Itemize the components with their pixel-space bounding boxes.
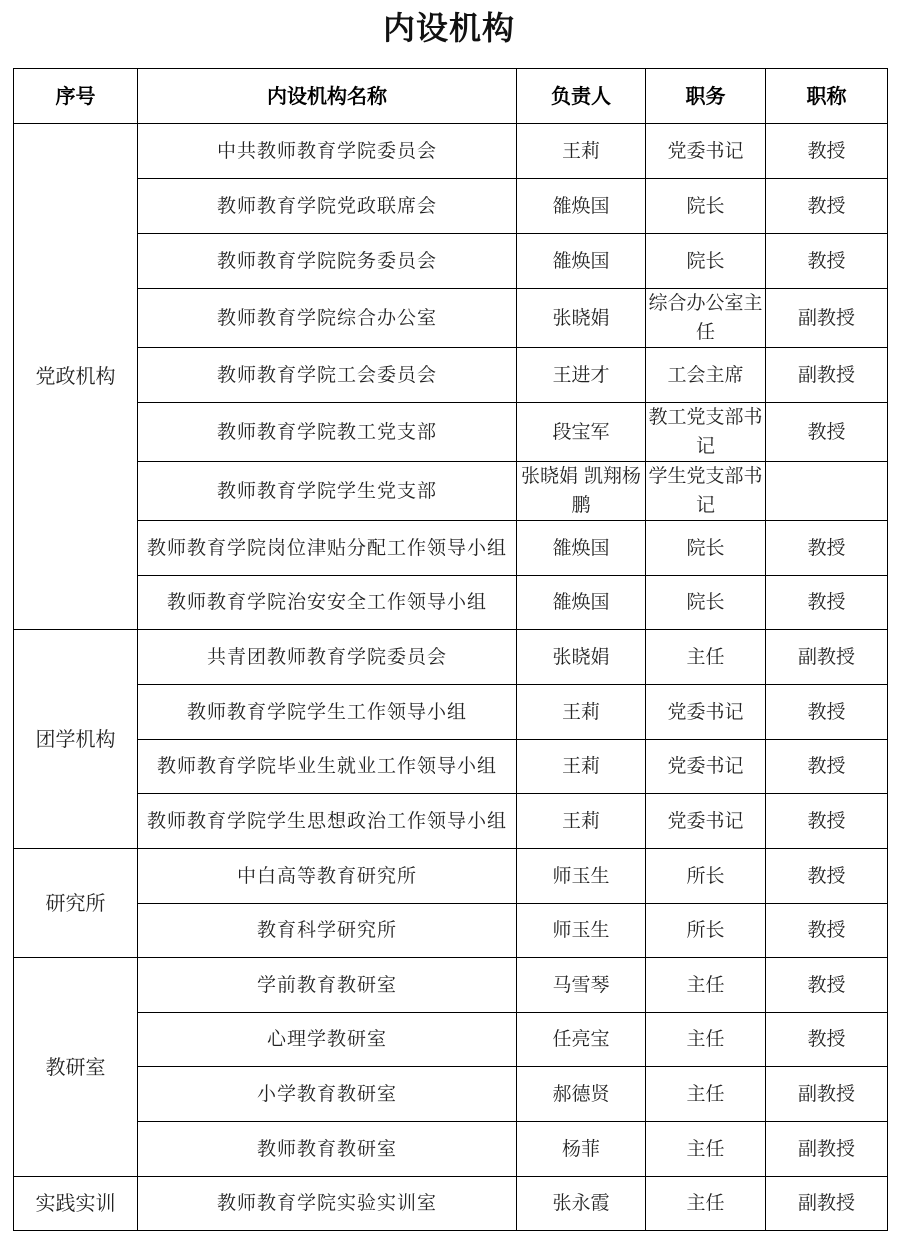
- org-name-cell: 共青团教师教育学院委员会: [138, 630, 517, 685]
- leader-cell: 王莉: [517, 794, 646, 849]
- org-name-cell: 教师教育学院党政联席会: [138, 179, 517, 234]
- table-row: 小学教育教研室郝德贤主任副教授: [14, 1067, 888, 1122]
- header-position: 职务: [646, 69, 766, 124]
- rank-cell: 副教授: [766, 1177, 888, 1231]
- table-row: 教师教育学院岗位津贴分配工作领导小组雒焕国院长教授: [14, 521, 888, 576]
- rank-cell: 教授: [766, 234, 888, 289]
- org-name-cell: 教师教育学院岗位津贴分配工作领导小组: [138, 521, 517, 576]
- org-name-cell: 教师教育学院毕业生就业工作领导小组: [138, 740, 517, 794]
- position-cell: 党委书记: [646, 740, 766, 794]
- org-name-cell: 教师教育学院实验实训室: [138, 1177, 517, 1231]
- table-row: 教师教育学院学生工作领导小组王莉党委书记教授: [14, 685, 888, 740]
- header-row: 序号 内设机构名称 负责人 职务 职称: [14, 69, 888, 124]
- position-cell: 主任: [646, 1177, 766, 1231]
- leader-cell: 郝德贤: [517, 1067, 646, 1122]
- rank-cell: 教授: [766, 794, 888, 849]
- position-cell: 院长: [646, 234, 766, 289]
- rank-cell: 教授: [766, 179, 888, 234]
- rank-cell: 教授: [766, 576, 888, 630]
- table-row: 教师教育学院党政联席会雒焕国院长教授: [14, 179, 888, 234]
- table-row: 教师教育学院学生思想政治工作领导小组王莉党委书记教授: [14, 794, 888, 849]
- page-title: 内设机构: [0, 6, 898, 50]
- position-cell: 党委书记: [646, 685, 766, 740]
- table-row: 教师教育学院毕业生就业工作领导小组王莉党委书记教授: [14, 740, 888, 794]
- position-cell: 主任: [646, 630, 766, 685]
- position-cell: 所长: [646, 849, 766, 904]
- org-name-cell: 教师教育学院学生思想政治工作领导小组: [138, 794, 517, 849]
- rank-cell: 副教授: [766, 630, 888, 685]
- rank-cell: 副教授: [766, 348, 888, 403]
- org-name-cell: 中白高等教育研究所: [138, 849, 517, 904]
- org-name-cell: 教师教育学院治安安全工作领导小组: [138, 576, 517, 630]
- table-row: 教师教育学院学生党支部张晓娟 凯翔杨鹏学生党支部书记: [14, 462, 888, 521]
- rank-cell: 教授: [766, 1013, 888, 1067]
- leader-cell: 师玉生: [517, 904, 646, 958]
- org-name-cell: 教师教育学院学生工作领导小组: [138, 685, 517, 740]
- org-name-cell: 教师教育学院学生党支部: [138, 462, 517, 521]
- table-row: 教师教育学院综合办公室张晓娟综合办公室主任副教授: [14, 289, 888, 348]
- table-row: 教师教育学院教工党支部段宝军教工党支部书记教授: [14, 403, 888, 462]
- group-label: 教研室: [14, 958, 138, 1177]
- position-cell: 主任: [646, 1013, 766, 1067]
- position-cell: 所长: [646, 904, 766, 958]
- rank-cell: 副教授: [766, 1067, 888, 1122]
- header-name: 内设机构名称: [138, 69, 517, 124]
- rank-cell: 教授: [766, 521, 888, 576]
- rank-cell: [766, 462, 888, 521]
- position-cell: 工会主席: [646, 348, 766, 403]
- org-name-cell: 教育科学研究所: [138, 904, 517, 958]
- position-cell: 主任: [646, 958, 766, 1013]
- leader-cell: 杨菲: [517, 1122, 646, 1177]
- leader-cell: 任亮宝: [517, 1013, 646, 1067]
- leader-cell: 雒焕国: [517, 521, 646, 576]
- org-name-cell: 教师教育教研室: [138, 1122, 517, 1177]
- org-name-cell: 心理学教研室: [138, 1013, 517, 1067]
- table-row: 研究所中白高等教育研究所师玉生所长教授: [14, 849, 888, 904]
- rank-cell: 副教授: [766, 1122, 888, 1177]
- org-name-cell: 教师教育学院综合办公室: [138, 289, 517, 348]
- position-cell: 学生党支部书记: [646, 462, 766, 521]
- leader-cell: 王莉: [517, 740, 646, 794]
- table-row: 团学机构共青团教师教育学院委员会张晓娟主任副教授: [14, 630, 888, 685]
- table-row: 教师教育学院治安安全工作领导小组雒焕国院长教授: [14, 576, 888, 630]
- position-cell: 党委书记: [646, 124, 766, 179]
- header-seq: 序号: [14, 69, 138, 124]
- org-name-cell: 教师教育学院工会委员会: [138, 348, 517, 403]
- rank-cell: 副教授: [766, 289, 888, 348]
- rank-cell: 教授: [766, 904, 888, 958]
- org-table: 序号 内设机构名称 负责人 职务 职称 党政机构中共教师教育学院委员会王莉党委书…: [13, 68, 888, 1231]
- table-row: 心理学教研室任亮宝主任教授: [14, 1013, 888, 1067]
- header-leader: 负责人: [517, 69, 646, 124]
- leader-cell: 师玉生: [517, 849, 646, 904]
- rank-cell: 教授: [766, 958, 888, 1013]
- position-cell: 主任: [646, 1122, 766, 1177]
- position-cell: 院长: [646, 576, 766, 630]
- leader-cell: 张永霞: [517, 1177, 646, 1231]
- rank-cell: 教授: [766, 685, 888, 740]
- rank-cell: 教授: [766, 849, 888, 904]
- table-row: 教师教育教研室杨菲主任副教授: [14, 1122, 888, 1177]
- group-label: 党政机构: [14, 124, 138, 630]
- position-cell: 综合办公室主任: [646, 289, 766, 348]
- position-cell: 院长: [646, 179, 766, 234]
- org-name-cell: 教师教育学院教工党支部: [138, 403, 517, 462]
- leader-cell: 王莉: [517, 124, 646, 179]
- position-cell: 院长: [646, 521, 766, 576]
- leader-cell: 张晓娟: [517, 289, 646, 348]
- table-row: 教研室学前教育教研室马雪琴主任教授: [14, 958, 888, 1013]
- group-label: 研究所: [14, 849, 138, 958]
- table-body: 党政机构中共教师教育学院委员会王莉党委书记教授教师教育学院党政联席会雒焕国院长教…: [14, 124, 888, 1231]
- rank-cell: 教授: [766, 740, 888, 794]
- leader-cell: 雒焕国: [517, 576, 646, 630]
- leader-cell: 雒焕国: [517, 234, 646, 289]
- table-row: 实践实训教师教育学院实验实训室张永霞主任副教授: [14, 1177, 888, 1231]
- table-row: 教师教育学院院务委员会雒焕国院长教授: [14, 234, 888, 289]
- leader-cell: 段宝军: [517, 403, 646, 462]
- position-cell: 主任: [646, 1067, 766, 1122]
- leader-cell: 雒焕国: [517, 179, 646, 234]
- rank-cell: 教授: [766, 124, 888, 179]
- org-name-cell: 教师教育学院院务委员会: [138, 234, 517, 289]
- leader-cell: 张晓娟 凯翔杨鹏: [517, 462, 646, 521]
- leader-cell: 王进才: [517, 348, 646, 403]
- org-name-cell: 学前教育教研室: [138, 958, 517, 1013]
- table-row: 党政机构中共教师教育学院委员会王莉党委书记教授: [14, 124, 888, 179]
- org-name-cell: 小学教育教研室: [138, 1067, 517, 1122]
- leader-cell: 张晓娟: [517, 630, 646, 685]
- position-cell: 教工党支部书记: [646, 403, 766, 462]
- group-label: 团学机构: [14, 630, 138, 849]
- group-label: 实践实训: [14, 1177, 138, 1231]
- leader-cell: 王莉: [517, 685, 646, 740]
- table-row: 教师教育学院工会委员会王进才工会主席副教授: [14, 348, 888, 403]
- position-cell: 党委书记: [646, 794, 766, 849]
- rank-cell: 教授: [766, 403, 888, 462]
- org-name-cell: 中共教师教育学院委员会: [138, 124, 517, 179]
- header-rank: 职称: [766, 69, 888, 124]
- table-row: 教育科学研究所师玉生所长教授: [14, 904, 888, 958]
- leader-cell: 马雪琴: [517, 958, 646, 1013]
